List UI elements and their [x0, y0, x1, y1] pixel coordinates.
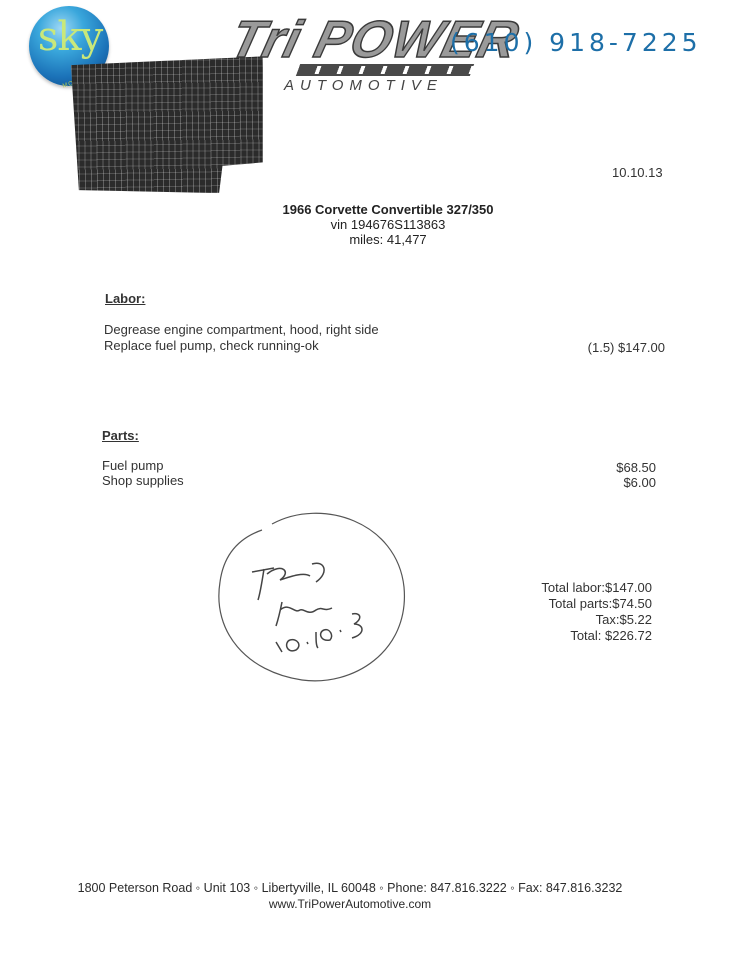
labor-line: Replace fuel pump, check running-ok — [104, 338, 319, 353]
parts-amount: $68.50 — [556, 460, 656, 475]
labor-amount: (1.5) $147.00 — [545, 340, 665, 355]
labor-line: Degrease engine compartment, hood, right… — [104, 322, 379, 337]
redacted-stamp — [71, 56, 265, 195]
grand-total: Total: $226.72 — [500, 628, 652, 644]
phone-number[interactable]: (610) 918-7225 — [450, 28, 702, 57]
vehicle-title: 1966 Corvette Convertible 327/350 — [0, 202, 742, 217]
parts-heading: Parts: — [102, 428, 139, 443]
invoice-totals: Total labor:$147.00 Total parts:$74.50 T… — [500, 580, 652, 644]
total-labor: Total labor:$147.00 — [500, 580, 652, 596]
vehicle-vin: vin 194676S113863 — [0, 217, 742, 232]
footer-website[interactable]: www.TriPowerAutomotive.com — [0, 897, 700, 911]
paid-signature-stamp — [212, 502, 412, 692]
sky-logo-text: sky — [30, 14, 110, 60]
shop-logo-stripes — [296, 64, 474, 76]
footer-address: 1800 Peterson Road ◦ Unit 103 ◦ Libertyv… — [0, 881, 700, 895]
tax: Tax:$5.22 — [500, 612, 652, 628]
parts-line: Fuel pump — [102, 458, 163, 473]
parts-amount: $6.00 — [556, 475, 656, 490]
invoice-date: 10.10.13 — [612, 165, 663, 180]
vehicle-miles: miles: 41,477 — [0, 232, 742, 247]
total-parts: Total parts:$74.50 — [500, 596, 652, 612]
parts-line: Shop supplies — [102, 473, 184, 488]
labor-heading: Labor: — [105, 291, 145, 306]
shop-logo-tagline: AUTOMOTIVE — [284, 77, 443, 94]
